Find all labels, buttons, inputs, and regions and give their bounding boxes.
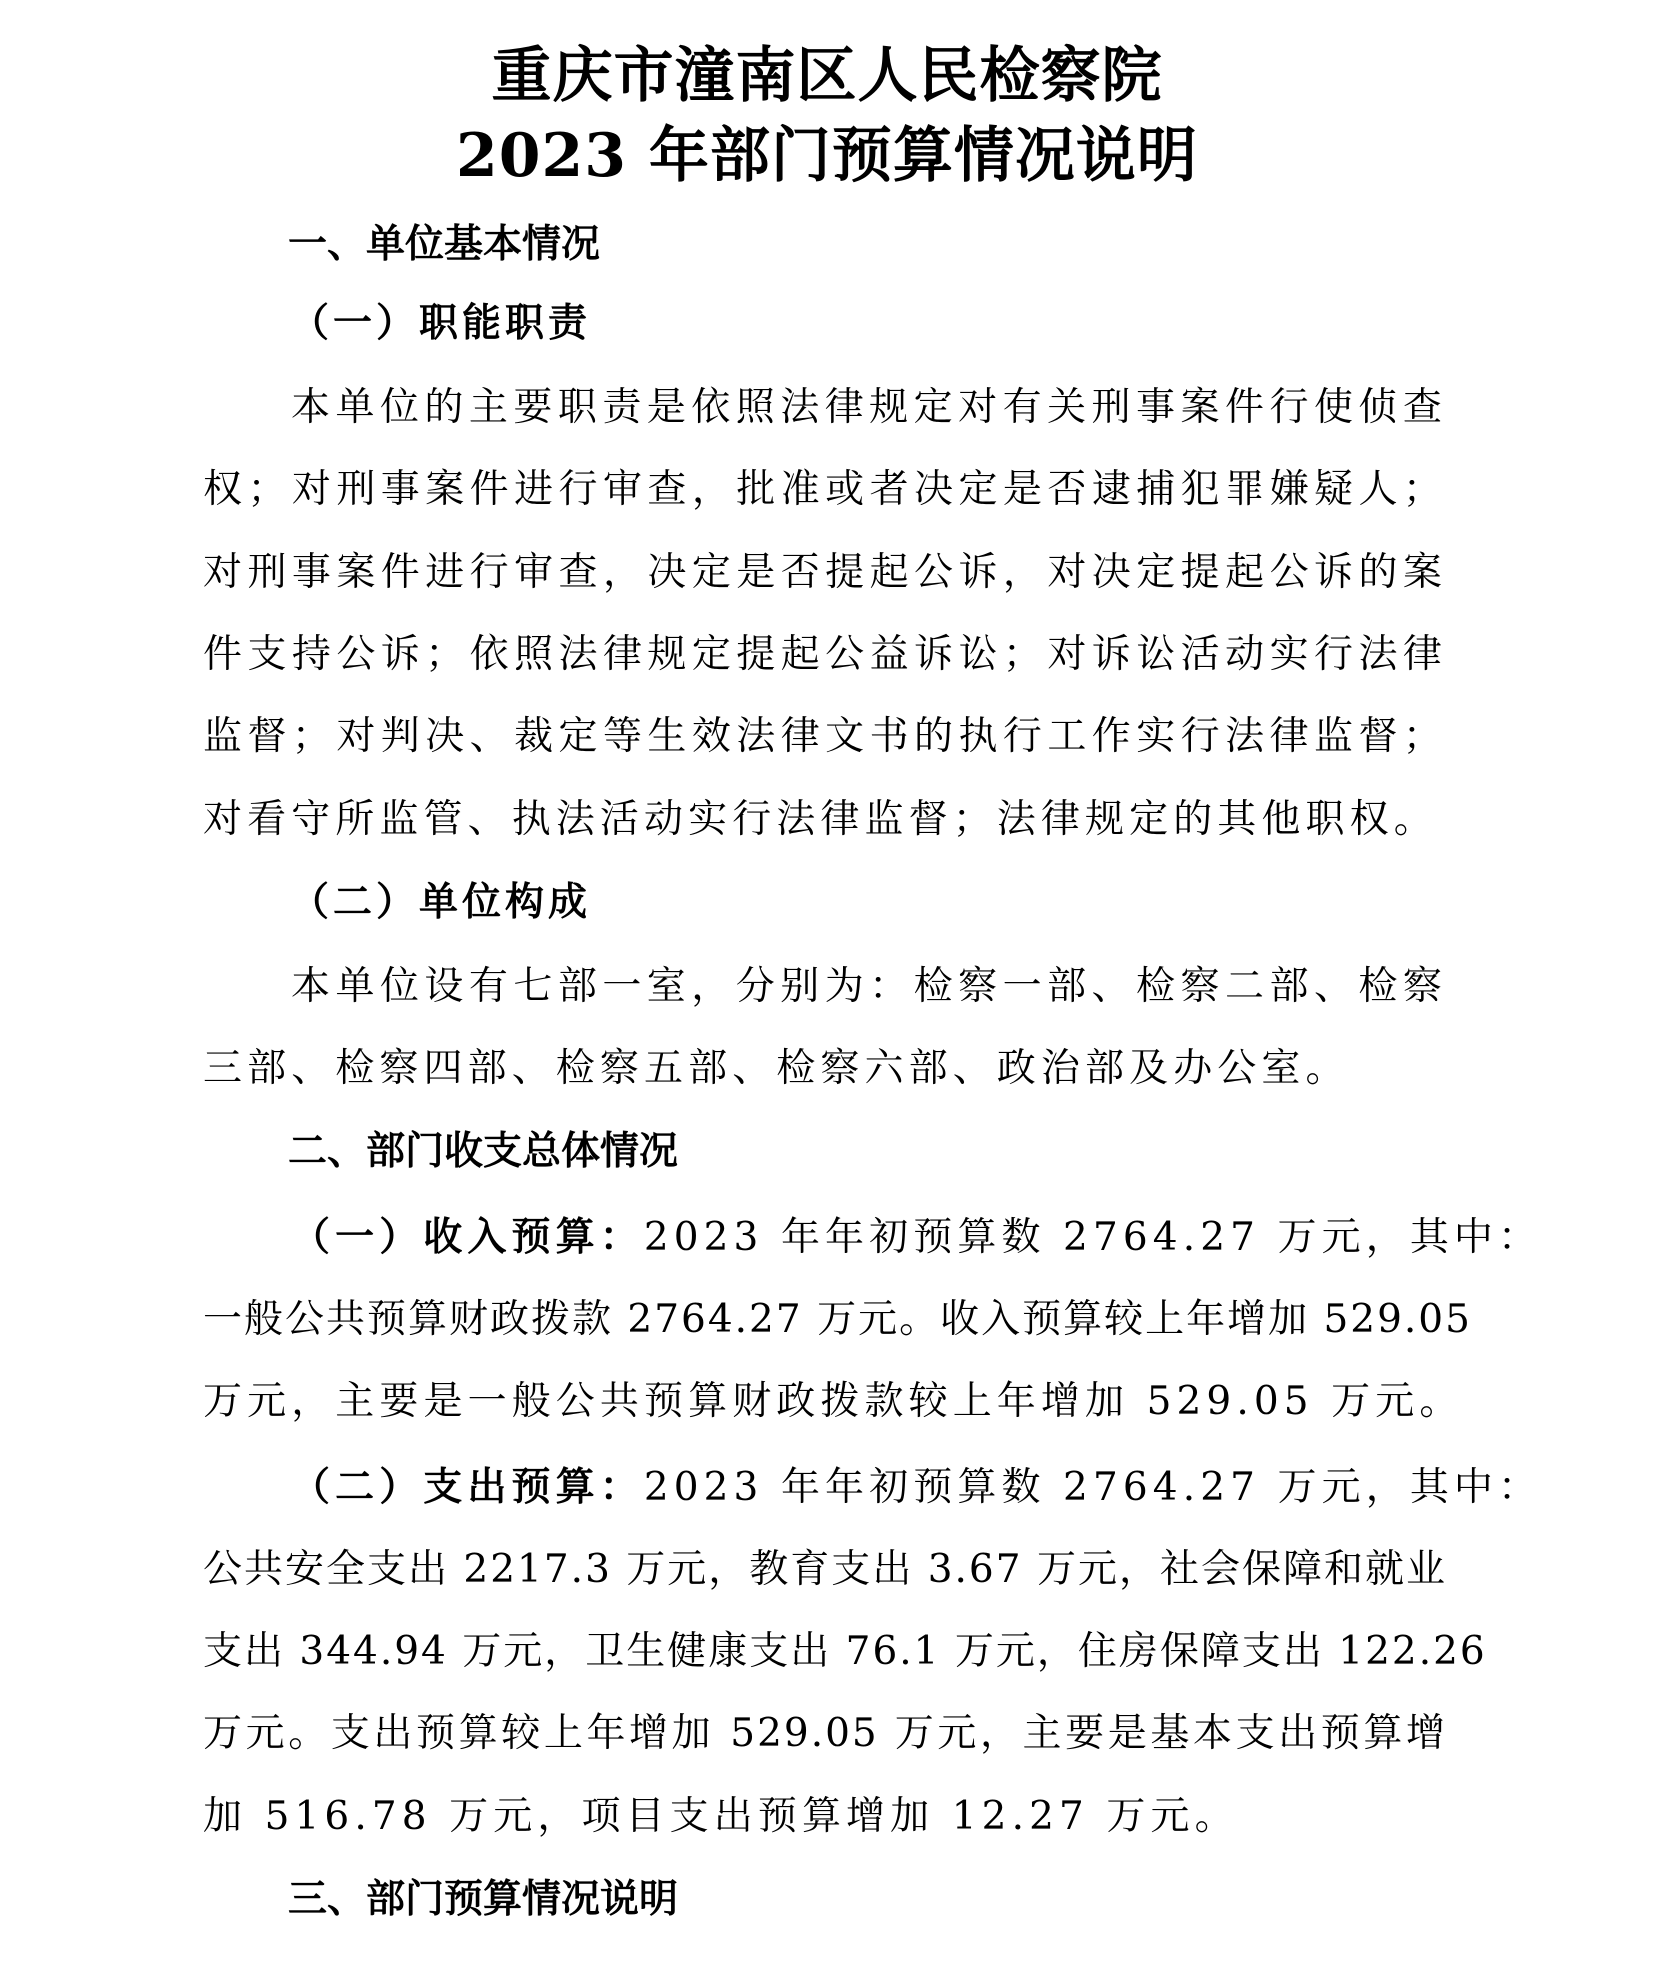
subsection-heading-structure: （二）单位构成 [290,872,1540,932]
paragraph-line: 件支持公诉；依照法律规定提起公益诉讼；对诉讼活动实行法律 [203,625,1447,685]
section-heading-basic-info: 一、单位基本情况 [288,215,1538,275]
paragraph-line: 公共安全支出 2217.3 万元，教育支出 3.67 万元，社会保障和就业 [203,1540,1447,1600]
paragraph-line: 权；对刑事案件进行审查，批准或者决定是否逮捕犯罪嫌疑人； [203,460,1447,520]
section-heading-overall: 二、部门收支总体情况 [288,1122,1538,1182]
expense-budget-label: （二）支出预算： [291,1464,644,1510]
paragraph-expense-first-line: （二）支出预算：2023 年年初预算数 2764.27 万元，其中： [291,1457,1451,1517]
paragraph-line: 一般公共预算财政拨款 2764.27 万元。收入预算较上年增加 529.05 [203,1290,1447,1350]
paragraph-line: 万元，主要是一般公共预算财政拨款较上年增加 529.05 万元。 [203,1372,1453,1432]
paragraph-line: 本单位设有七部一室，分别为：检察一部、检察二部、检察 [291,957,1447,1017]
expense-budget-text: 2023 年年初预算数 2764.27 万元，其中： [644,1465,1542,1510]
document-title-line1: 重庆市潼南区人民检察院 [0,36,1654,116]
paragraph-line: 对刑事案件进行审查，决定是否提起公诉，对决定提起公诉的案 [203,543,1447,603]
paragraph-line: 支出 344.94 万元，卫生健康支出 76.1 万元，住房保障支出 122.2… [203,1622,1447,1682]
subsection-heading-duties: （一）职能职责 [290,293,1540,353]
paragraph-line: 三部、检察四部、检察五部、检察六部、政治部及办公室。 [203,1039,1453,1099]
document-page: 重庆市潼南区人民检察院 2023 年部门预算情况说明 一、单位基本情况 （一）职… [0,0,1654,1967]
paragraph-line: 对看守所监管、执法活动实行法律监督；法律规定的其他职权。 [203,790,1453,850]
paragraph-line: 加 516.78 万元，项目支出预算增加 12.27 万元。 [203,1787,1453,1847]
income-budget-text: 2023 年年初预算数 2764.27 万元，其中： [644,1215,1542,1260]
paragraph-line: 万元。支出预算较上年增加 529.05 万元，主要是基本支出预算增 [203,1704,1447,1764]
income-budget-label: （一）收入预算： [291,1214,644,1260]
paragraph-income-first-line: （一）收入预算：2023 年年初预算数 2764.27 万元，其中： [291,1207,1451,1267]
document-title-line2: 2023 年部门预算情况说明 [0,116,1654,196]
section-heading-budget-explanation: 三、部门预算情况说明 [288,1870,1538,1930]
paragraph-line: 本单位的主要职责是依照法律规定对有关刑事案件行使侦查 [291,378,1447,438]
paragraph-line: 监督；对判决、裁定等生效法律文书的执行工作实行法律监督； [203,707,1447,767]
